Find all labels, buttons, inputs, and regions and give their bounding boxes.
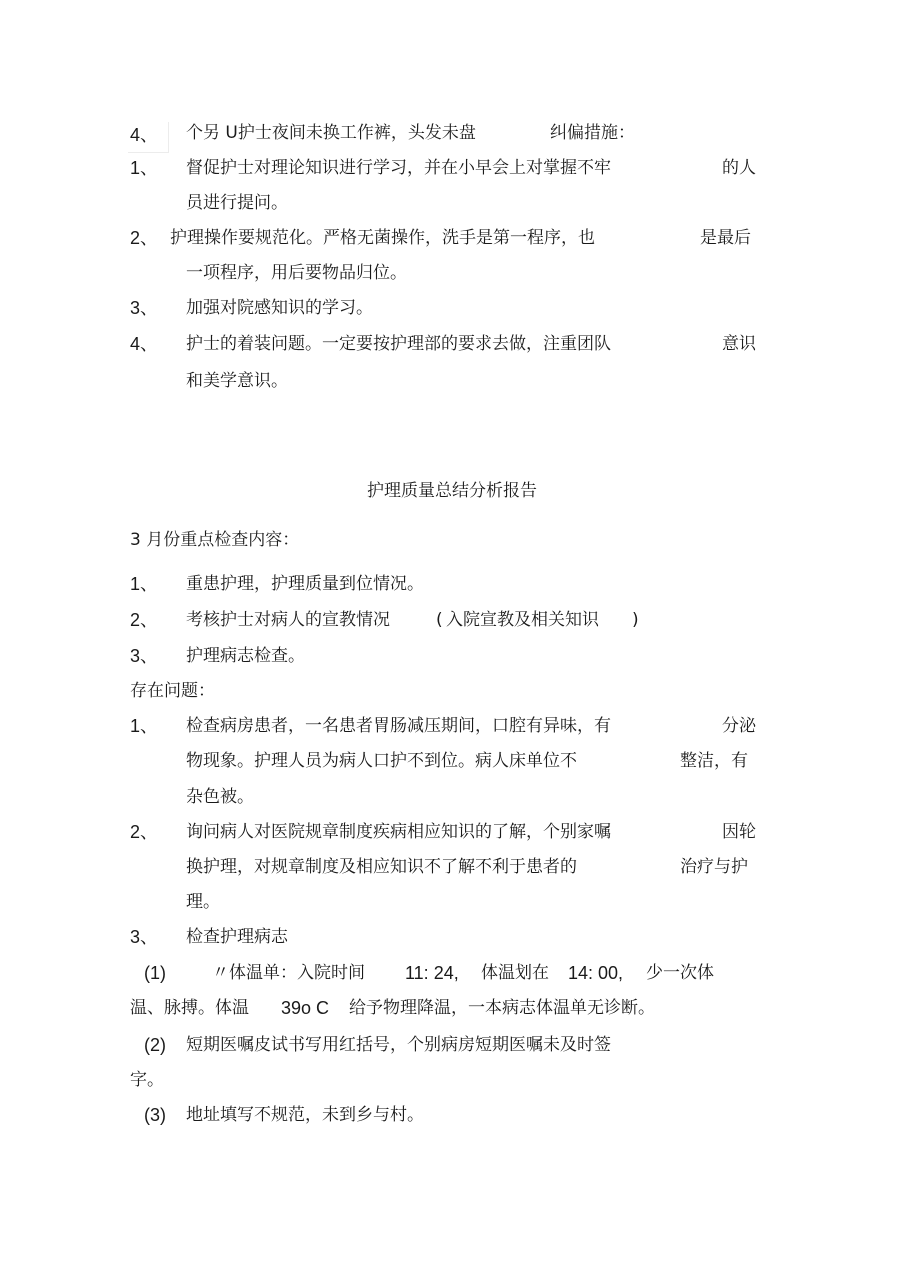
subitem-text: 体温单：入院时间 [229, 962, 365, 984]
measure-text: 督促护士对理论知识进行学习，并在小早会上对掌握不牢 [186, 157, 611, 179]
subitem-text-cont: 温、脉搏。体温 [130, 997, 249, 1019]
subitem-number: (1) [144, 962, 166, 984]
measure-text: 护理操作要规范化。严格无菌操作，洗手是第一程序，也 [170, 227, 595, 249]
charted-time: 14: 00, [568, 962, 623, 984]
measure-text-right: 的人 [722, 157, 756, 179]
focus-item-number: 3、 [130, 645, 158, 667]
measure-text: 加强对院感知识的学习。 [186, 297, 373, 319]
problem-number: 3、 [130, 926, 158, 948]
admission-time: 11: 24, [405, 962, 459, 984]
problem-number: 2、 [130, 821, 158, 843]
focus-item-text: 重患护理，护理质量到位情况。 [186, 573, 424, 595]
subitem-text: 体温划在 [481, 962, 549, 984]
subitem-text-cont: 字。 [130, 1069, 164, 1091]
problem-text-right: 分泌 [722, 715, 756, 737]
problem-text-right: 因轮 [722, 821, 756, 843]
subitem-text: 地址填写不规范，未到乡与村。 [186, 1104, 424, 1126]
focus-item-text: 护理病志检查。 [186, 645, 305, 667]
focus-item-text: 考核护士对病人的宣教情况 [186, 609, 390, 631]
problem-text: 检查病房患者，一名患者胃肠减压期间，口腔有异味，有 [186, 715, 611, 737]
problem-text-right: 整洁，有 [680, 750, 748, 772]
subitem-text: 少一次体 [646, 962, 714, 984]
subitem-text: 短期医嘱皮试书写用红括号，个别病房短期医嘱未及时签 [186, 1034, 611, 1056]
subitem-text-cont: 给予物理降温，一本病志体温单无诊断。 [349, 997, 655, 1019]
problem-text-cont: 杂色被。 [186, 786, 254, 808]
measure-text-right: 是最后 [700, 227, 751, 249]
problem-text: 询问病人对医院规章制度疾病相应知识的了解，个别家嘱 [186, 821, 611, 843]
measure-text-cont: 员进行提问。 [186, 192, 288, 214]
document-page: 4、 个另 U护士夜间未换工作裤，头发未盘 纠偏措施： 1、 督促护士对理论知识… [0, 0, 904, 1280]
measure-number: 2、 [130, 227, 158, 249]
focus-item-number: 1、 [130, 573, 158, 595]
focus-item-paren-text: 入院宣教及相关知识 [446, 609, 599, 631]
measure-text-cont: 和美学意识。 [186, 370, 288, 392]
problems-heading: 存在问题： [130, 680, 215, 702]
subitem-number: (2) [144, 1034, 166, 1056]
report-title: 护理质量总结分析报告 [0, 480, 904, 502]
problem-text: 检查护理病志 [186, 926, 288, 948]
focus-item-paren-open: ( [436, 609, 443, 631]
problem-text-right: 治疗与护 [680, 856, 748, 878]
problem-text-cont: 物现象。护理人员为病人口护不到位。病人床单位不 [186, 750, 577, 772]
focus-item-paren-close: ) [632, 609, 639, 631]
subitem-number: (3) [144, 1104, 166, 1126]
issue-number: 4、 [128, 122, 169, 153]
measure-text-right: 意识 [722, 333, 756, 355]
problem-text-cont: 理。 [186, 891, 220, 913]
measure-text: 护士的着装问题。一定要按护理部的要求去做，注重团队 [186, 333, 611, 355]
measure-text-cont: 一项程序，用后要物品归位。 [186, 262, 407, 284]
problem-number: 1、 [130, 715, 158, 737]
problem-text-cont: 换护理，对规章制度及相应知识不了解不利于患者的 [186, 856, 577, 878]
issue-text: 个另 U护士夜间未换工作裤，头发未盘 [186, 122, 476, 144]
measure-number: 4、 [130, 333, 158, 355]
focus-item-number: 2、 [130, 609, 158, 631]
corrective-measures-label: 纠偏措施： [550, 122, 635, 144]
ditto-mark: 〃 [212, 962, 229, 984]
measure-number: 3、 [130, 297, 158, 319]
temperature-value: 39o C [281, 997, 329, 1019]
focus-heading: 3 月份重点检查内容： [130, 529, 299, 551]
measure-number: 1、 [130, 157, 158, 179]
